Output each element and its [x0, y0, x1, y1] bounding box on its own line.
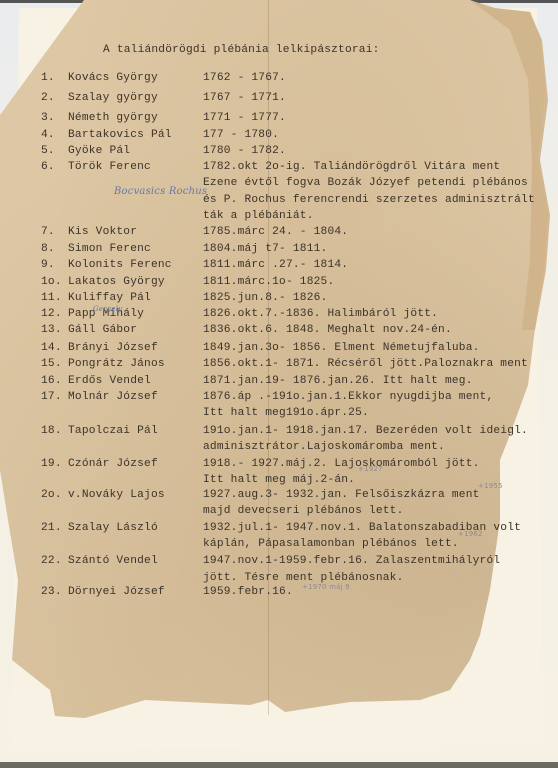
tenure-dates: 1762 - 1767.: [203, 72, 286, 84]
entry-number: 14.: [41, 342, 62, 354]
tenure-note-line: Ezene évtől fogva Bozák Józyef petendi p…: [203, 177, 528, 189]
tenure-dates: 1825.jun.8.- 1826.: [203, 292, 327, 304]
tenure-dates: 1767 - 1771.: [203, 92, 286, 104]
pastor-name: Erdős Vendel: [68, 375, 151, 387]
pastor-name: Lakatos György: [68, 276, 165, 288]
tenure-dates: 191o.jan.1- 1918.jan.17. Bezeréden volt …: [203, 425, 528, 437]
tenure-dates: 1876.áp .-191o.jan.1.Ekkor nyugdijba men…: [203, 391, 493, 403]
pastor-name: Kolonits Ferenc: [68, 259, 172, 271]
entry-number: 3.: [41, 112, 55, 124]
pastor-name: Török Ferenc: [68, 161, 151, 173]
tenure-dates: 1804.máj t7- 1811.: [203, 243, 327, 255]
pencil-note-szalay: +1962: [458, 530, 483, 538]
tenure-dates: 1780 - 1782.: [203, 145, 286, 157]
tenure-dates: 1785.márc 24. - 1804.: [203, 226, 348, 238]
entry-number: 4.: [41, 129, 55, 141]
tenure-note-line: ták a plébániát.: [203, 210, 314, 222]
tenure-dates: 177 - 1780.: [203, 129, 279, 141]
pastor-name: Brányi József: [68, 342, 158, 354]
pastor-name: Molnár József: [68, 391, 158, 403]
pastor-name: Kuliffay Pál: [68, 292, 151, 304]
pastor-name: Simon Ferenc: [68, 243, 151, 255]
entry-number: 1.: [41, 72, 55, 84]
tenure-note-line: majd devecseri plébános lett.: [203, 505, 404, 517]
pastor-name: Tapolczai Pál: [68, 425, 158, 437]
handwritten-note-papp: Gergely: [93, 305, 122, 313]
pastor-name: v.Nováky Lajos: [68, 489, 165, 501]
entry-number: 9.: [41, 259, 55, 271]
handwritten-note-bocvasics: Bocvasics Rochus: [114, 186, 207, 197]
tenure-dates: 1856.okt.1- 1871. Récséről jött.Paloznak…: [203, 358, 528, 370]
tenure-note-line: káplán, Pápasalamonban plébános lett.: [203, 538, 459, 550]
tenure-dates: 1918.- 1927.máj.2. Lajoskomáromból jött.: [203, 458, 480, 470]
tenure-dates: 1959.febr.16.: [203, 586, 293, 598]
tenure-dates: 1826.okt.7.-1836. Halimbáról jött.: [203, 308, 438, 320]
pencil-note-novaky: +1955: [478, 482, 503, 490]
tenure-dates: 1871.jan.19- 1876.jan.26. Itt halt meg.: [203, 375, 473, 387]
entry-number: 15.: [41, 358, 62, 370]
pastor-name: Németh györgy: [68, 112, 158, 124]
tenure-dates: 1849.jan.3o- 1856. Elment Németujfaluba.: [203, 342, 480, 354]
pastor-name: Bartakovics Pál: [68, 129, 172, 141]
tenure-note-line: Itt halt meg191o.ápr.25.: [203, 407, 369, 419]
entry-number: 21.: [41, 522, 62, 534]
pastor-name: Kis Voktor: [68, 226, 137, 238]
tenure-dates: 1947.nov.1-1959.febr.16. Zalaszentmihály…: [203, 555, 500, 567]
tenure-dates: 1927.aug.3- 1932.jan. Felsőiszkázra ment: [203, 489, 480, 501]
entry-number: 23.: [41, 586, 62, 598]
entry-number: 13.: [41, 324, 62, 336]
entry-number: 19.: [41, 458, 62, 470]
pastor-name: Szalay László: [68, 522, 158, 534]
typewritten-document: A taliándörögdi plébánia lelkipásztorai:…: [0, 0, 558, 768]
entry-number: 8.: [41, 243, 55, 255]
entry-number: 16.: [41, 375, 62, 387]
pastor-name: Gyöke Pál: [68, 145, 130, 157]
tenure-dates: 1782.okt 2o-ig. Taliándörögdről Vitára m…: [203, 161, 500, 173]
entry-number: 22.: [41, 555, 62, 567]
entry-number: 18.: [41, 425, 62, 437]
pencil-note-dornyei: +1970 máj 9: [302, 583, 350, 591]
entry-number: 17.: [41, 391, 62, 403]
entry-number: 1o.: [41, 276, 62, 288]
pastor-name: Szántó Vendel: [68, 555, 158, 567]
pastor-name: Szalay györgy: [68, 92, 158, 104]
pastor-name: Dörnyei József: [68, 586, 165, 598]
pencil-note-czonar: +1927: [358, 465, 383, 473]
pastor-name: Kovács György: [68, 72, 158, 84]
tenure-dates: 1771 - 1777.: [203, 112, 286, 124]
tenure-dates: 1811.márc.1o- 1825.: [203, 276, 334, 288]
tenure-dates: 1836.okt.6. 1848. Meghalt nov.24-én.: [203, 324, 452, 336]
entry-number: 5.: [41, 145, 55, 157]
tenure-note-line: Itt halt meg máj.2-án.: [203, 474, 355, 486]
entry-number: 6.: [41, 161, 55, 173]
pastor-name: Pongrátz János: [68, 358, 165, 370]
document-title: A taliándörögdi plébánia lelkipásztorai:: [103, 44, 380, 56]
tenure-dates: 1811.márc .27.- 1814.: [203, 259, 348, 271]
entry-number: 2.: [41, 92, 55, 104]
tenure-note-line: és P. Rochus ferencrendi szerzetes admin…: [203, 194, 535, 206]
tenure-note-line: adminisztrátor.Lajoskomáromba ment.: [203, 441, 445, 453]
pastor-name: Gáll Gábor: [68, 324, 137, 336]
entry-number: 12.: [41, 308, 62, 320]
pastor-name: Czónár József: [68, 458, 158, 470]
entry-number: 7.: [41, 226, 55, 238]
entry-number: 2o.: [41, 489, 62, 501]
entry-number: 11.: [41, 292, 62, 304]
